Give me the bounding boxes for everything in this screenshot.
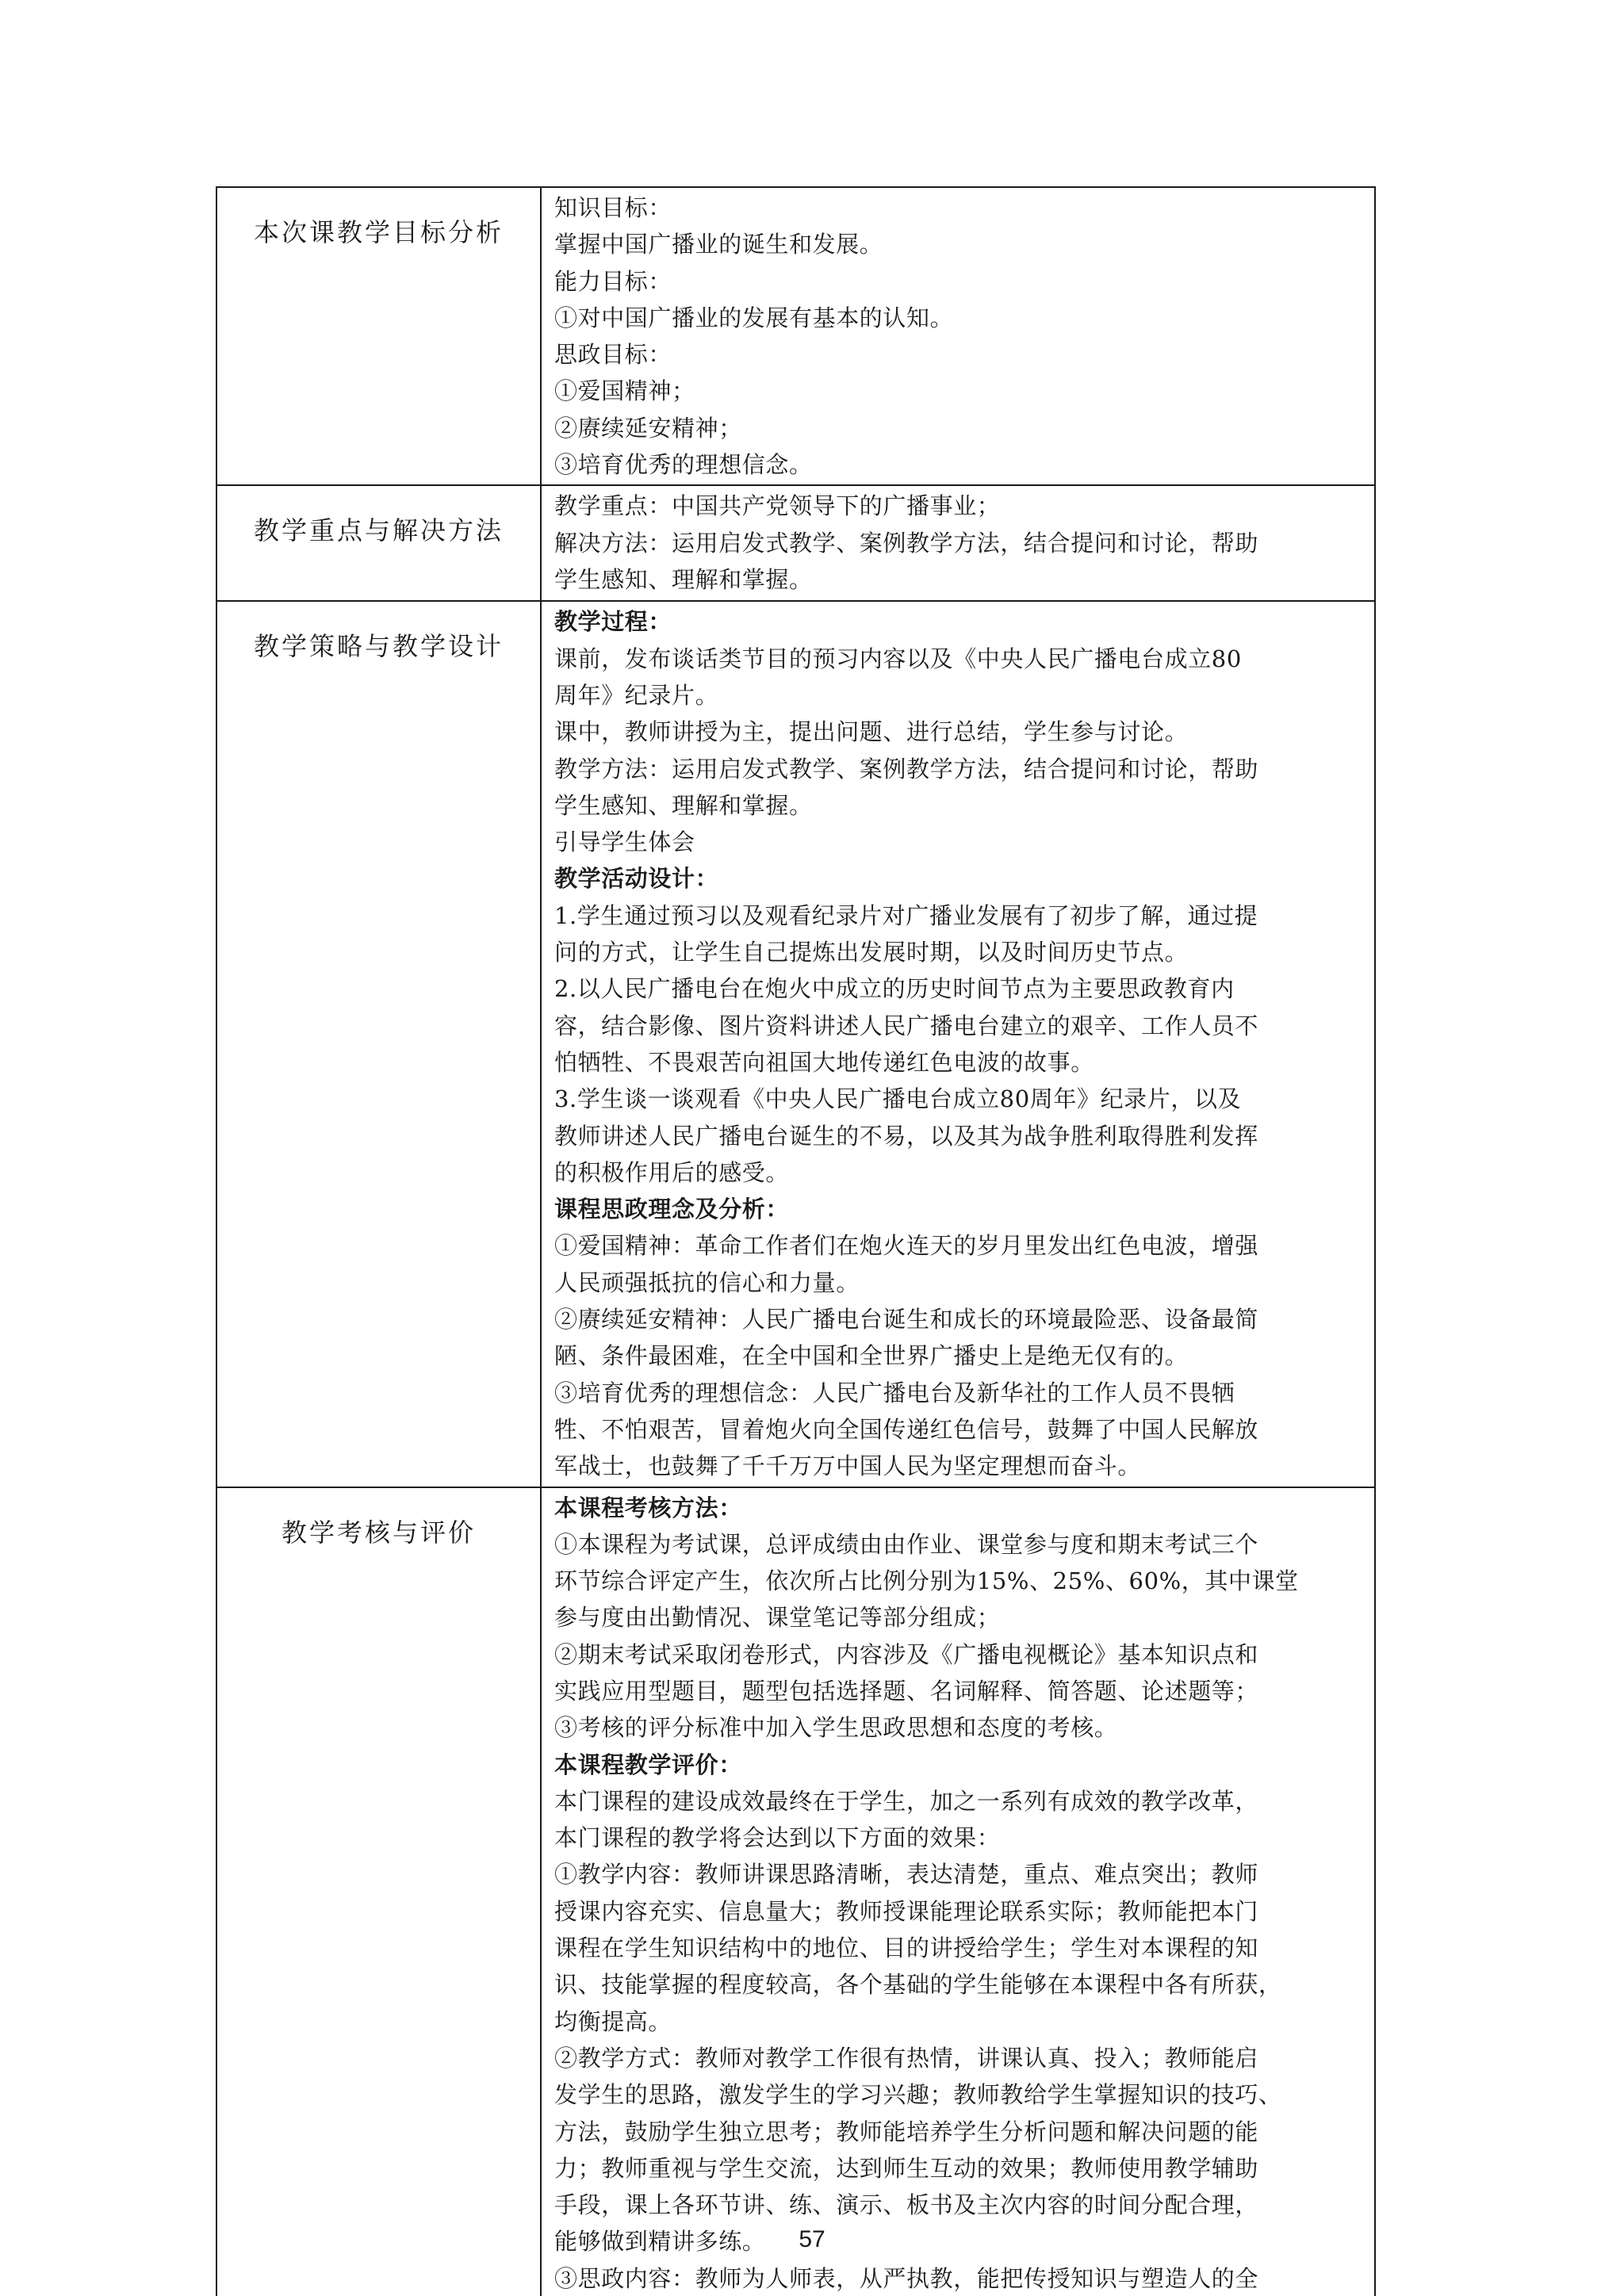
content-line: ③培育优秀的理想信念：人民广播电台及新华社的工作人员不畏牺 (554, 1375, 1366, 1411)
content-line: 问的方式，让学生自己提炼出发展时期，以及时间历史节点。 (554, 934, 1366, 970)
page-number: 57 (0, 2226, 1624, 2253)
content-line: 怕牺牲、不畏艰苦向祖国大地传递红色电波的故事。 (554, 1044, 1366, 1081)
content-line: 识、技能掌握的程度较高，各个基础的学生能够在本课程中各有所获， (554, 1966, 1366, 2003)
content-line: 牲、不怕艰苦，冒着炮火向全国传递红色信号，鼓舞了中国人民解放 (554, 1411, 1366, 1448)
table-row-strategy-design: 教学策略与教学设计 教学过程： 课前，发布谈话类节目的预习内容以及《中央人民广播… (216, 601, 1375, 1487)
section-heading: 本课程考核方法： (554, 1490, 1366, 1526)
content-line: ②期末考试采取闭卷形式，内容涉及《广播电视概论》基本知识点和 (554, 1636, 1366, 1673)
content-line: 课前，发布谈话类节目的预习内容以及《中央人民广播电台成立80 (554, 641, 1366, 677)
row-label-cell: 本次课教学目标分析 (216, 187, 541, 485)
row-label-cell: 教学策略与教学设计 (216, 601, 541, 1487)
row-label: 教学重点与解决方法 (254, 515, 504, 545)
content-line: 引导学生体会 (554, 824, 1366, 860)
section-heading: 本课程教学评价： (554, 1747, 1366, 1783)
section-heading: 课程思政理念及分析： (554, 1191, 1366, 1227)
content-line: 本门课程的建设成效最终在于学生，加之一系列有成效的教学改革， (554, 1783, 1366, 1820)
content-line: 发学生的思路，激发学生的学习兴趣；教师教给学生掌握知识的技巧、 (554, 2076, 1366, 2113)
content-line: 学生感知、理解和掌握。 (554, 561, 1366, 598)
content-line: 课程在学生知识结构中的地位、目的讲授给学生；学生对本课程的知 (554, 1930, 1366, 1966)
table-body: 本次课教学目标分析 知识目标： 掌握中国广播业的诞生和发展。 能力目标： ①对中… (216, 187, 1375, 2296)
content-line: ②教学方式：教师对教学工作很有热情，讲课认真、投入；教师能启 (554, 2040, 1366, 2076)
content-line: 2.以人民广播电台在炮火中成立的历史时间节点为主要思政教育内 (554, 970, 1366, 1007)
content-line: 教师讲述人民广播电台诞生的不易，以及其为战争胜利取得胜利发挥 (554, 1118, 1366, 1154)
content-line: ②赓续延安精神：人民广播电台诞生和成长的环境最险恶、设备最简 (554, 1301, 1366, 1337)
content-line: ①本课程为考试课，总评成绩由由作业、课堂参与度和期末考试三个 (554, 1526, 1366, 1563)
content-line: 学生感知、理解和掌握。 (554, 787, 1366, 824)
row-label: 教学策略与教学设计 (254, 631, 504, 661)
content-line: 教学方法：运用启发式教学、案例教学方法，结合提问和讨论，帮助 (554, 751, 1366, 787)
table-row-teaching-objectives: 本次课教学目标分析 知识目标： 掌握中国广播业的诞生和发展。 能力目标： ①对中… (216, 187, 1375, 485)
table-row-key-points: 教学重点与解决方法 教学重点：中国共产党领导下的广播事业； 解决方法：运用启发式… (216, 485, 1375, 601)
row-label-cell: 教学重点与解决方法 (216, 485, 541, 601)
content-line: 力；教师重视与学生交流，达到师生互动的效果；教师使用教学辅助 (554, 2150, 1366, 2187)
content-line: 陋、条件最困难，在全中国和全世界广播史上是绝无仅有的。 (554, 1337, 1366, 1374)
content-line: ②赓续延安精神； (554, 410, 1366, 446)
content-line: ③培育优秀的理想信念。 (554, 446, 1366, 483)
content-line: ③考核的评分标准中加入学生思政思想和态度的考核。 (554, 1709, 1366, 1746)
row-content-cell: 知识目标： 掌握中国广播业的诞生和发展。 能力目标： ①对中国广播业的发展有基本… (541, 187, 1375, 485)
content-line: 课中，教师讲授为主，提出问题、进行总结，学生参与讨论。 (554, 714, 1366, 750)
content-line: 能力目标： (554, 263, 1366, 300)
content-line: 1.学生通过预习以及观看纪录片对广播业发展有了初步了解，通过提 (554, 897, 1366, 934)
content-line: 知识目标： (554, 189, 1366, 226)
content-line: 实践应用型题目，题型包括选择题、名词解释、简答题、论述题等； (554, 1673, 1366, 1709)
content-line: 军战士，也鼓舞了千千万万中国人民为坚定理想而奋斗。 (554, 1448, 1366, 1484)
content-line: 解决方法：运用启发式教学、案例教学方法，结合提问和讨论，帮助 (554, 525, 1366, 561)
row-label-cell: 教学考核与评价 (216, 1487, 541, 2296)
content-line: 周年》纪录片。 (554, 677, 1366, 714)
content-line: 均衡提高。 (554, 2003, 1366, 2040)
content-line: 环节综合评定产生，依次所占比例分别为15%、25%、60%，其中课堂 (554, 1563, 1366, 1599)
row-content-cell: 教学过程： 课前，发布谈话类节目的预习内容以及《中央人民广播电台成立80 周年》… (541, 601, 1375, 1487)
content-line: ③思政内容：教师为人师表，从严执教，能把传授知识与塑造人的全 (554, 2260, 1366, 2296)
row-label: 教学考核与评价 (282, 1517, 476, 1548)
content-line: 思政目标： (554, 336, 1366, 373)
content-line: 方法，鼓励学生独立思考；教师能培养学生分析问题和解决问题的能 (554, 2114, 1366, 2150)
content-line: 参与度由出勤情况、课堂笔记等部分组成； (554, 1599, 1366, 1636)
content-line: 教学重点：中国共产党领导下的广播事业； (554, 488, 1366, 524)
content-line: ①爱国精神：革命工作者们在炮火连天的岁月里发出红色电波，增强 (554, 1227, 1366, 1264)
row-label: 本次课教学目标分析 (254, 217, 504, 247)
content-line: 本门课程的教学将会达到以下方面的效果： (554, 1820, 1366, 1856)
section-heading: 教学活动设计： (554, 860, 1366, 897)
content-line: 3.学生谈一谈观看《中央人民广播电台成立80周年》纪录片，以及 (554, 1081, 1366, 1117)
lesson-plan-table: 本次课教学目标分析 知识目标： 掌握中国广播业的诞生和发展。 能力目标： ①对中… (216, 186, 1376, 2296)
content-line: 容，结合影像、图片资料讲述人民广播电台建立的艰辛、工作人员不 (554, 1008, 1366, 1044)
section-heading: 教学过程： (554, 603, 1366, 640)
row-content-cell: 本课程考核方法： ①本课程为考试课，总评成绩由由作业、课堂参与度和期末考试三个 … (541, 1487, 1375, 2296)
content-line: 的积极作用后的感受。 (554, 1154, 1366, 1191)
row-content-cell: 教学重点：中国共产党领导下的广播事业； 解决方法：运用启发式教学、案例教学方法，… (541, 485, 1375, 601)
table-row-assessment: 教学考核与评价 本课程考核方法： ①本课程为考试课，总评成绩由由作业、课堂参与度… (216, 1487, 1375, 2296)
content-line: 人民顽强抵抗的信心和力量。 (554, 1265, 1366, 1301)
content-line: ①教学内容：教师讲课思路清晰，表达清楚，重点、难点突出；教师 (554, 1856, 1366, 1892)
content-line: 掌握中国广播业的诞生和发展。 (554, 226, 1366, 262)
content-line: 授课内容充实、信息量大；教师授课能理论联系实际；教师能把本门 (554, 1893, 1366, 1930)
content-line: ①对中国广播业的发展有基本的认知。 (554, 300, 1366, 336)
content-line: 手段，课上各环节讲、练、演示、板书及主次内容的时间分配合理， (554, 2187, 1366, 2223)
content-line: ①爱国精神； (554, 373, 1366, 409)
